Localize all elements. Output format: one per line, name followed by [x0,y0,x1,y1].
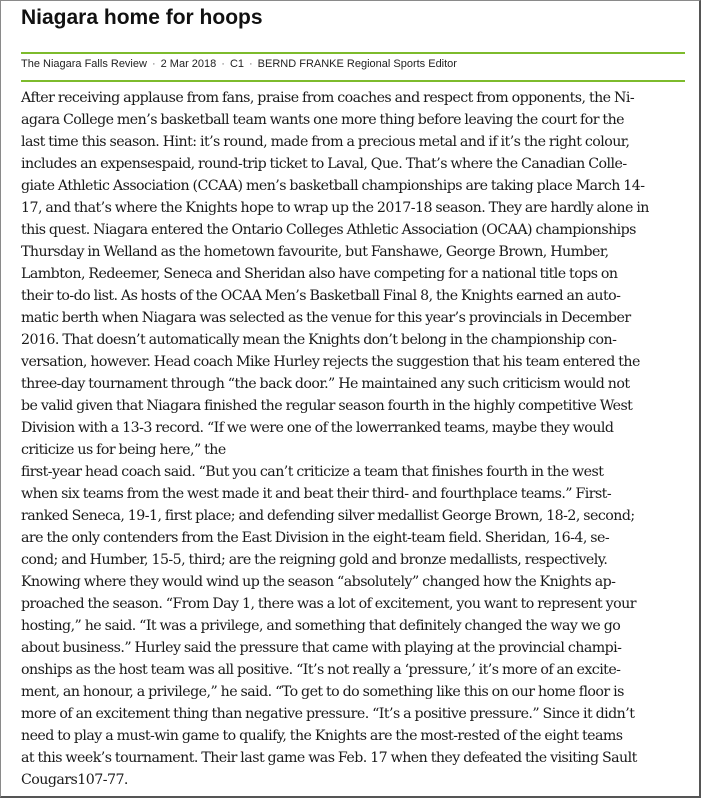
article-headline: Niagara home for hoops [21,6,263,30]
body-line: Lambton, Redeemer, Seneca and Sheridan a… [21,263,691,285]
body-line: their to-do list. As hosts of the OCAA M… [21,285,691,307]
body-line: Knowing where they would wind up the sea… [21,571,691,593]
byline-separator: · [152,58,156,70]
body-line: includes an expensespaid, round-trip tic… [21,153,691,175]
body-line: are the only contenders from the East Di… [21,527,691,549]
body-line: this quest. Niagara entered the Ontario … [21,219,691,241]
headline-divider [21,52,685,54]
body-line: onships as the host team was all positiv… [21,659,691,681]
byline-separator: · [249,58,253,70]
body-line: three-day tournament through “the back d… [21,373,691,395]
body-line: need to play a must-win game to qualify,… [21,725,691,747]
body-line: giate Athletic Association (CCAA) men’s … [21,175,691,197]
body-line: After receiving applause from fans, prai… [21,87,691,109]
body-line: proached the season. “From Day 1, there … [21,593,691,615]
byline-date: 2 Mar 2018 [161,58,217,70]
byline-publication: The Niagara Falls Review [21,58,147,70]
body-line: ment, an honour, a privilege,” he said. … [21,681,691,703]
byline-divider [21,80,685,82]
article-body: After receiving applause from fans, prai… [21,87,691,791]
byline-section: C1 [230,58,244,70]
body-line: Cougars107-77. [21,769,691,791]
body-line: when six teams from the west made it and… [21,483,691,505]
body-line: first-year head coach said. “But you can… [21,461,691,483]
body-line: 2016. That doesn’t automatically mean th… [21,329,691,351]
body-line: about business.” Hurley said the pressur… [21,637,691,659]
body-line: versation, however. Head coach Mike Hurl… [21,351,691,373]
body-line: at this week’s tournament. Their last ga… [21,747,691,769]
article-clipping: Niagara home for hoops The Niagara Falls… [0,0,701,798]
body-line: 17, and that’s where the Knights hope to… [21,197,691,219]
byline-separator: · [221,58,225,70]
body-line: Thursday in Welland as the hometown favo… [21,241,691,263]
body-line: criticize us for being here,” the [21,439,691,461]
byline: The Niagara Falls Review·2 Mar 2018·C1·B… [21,58,457,70]
body-line: more of an excitement thing than negativ… [21,703,691,725]
body-line: last time this season. Hint: it’s round,… [21,131,691,153]
body-line: agara College men’s basketball team want… [21,109,691,131]
byline-author: BERND FRANKE Regional Sports Editor [258,58,457,70]
body-line: Division with a 13-3 record. “If we were… [21,417,691,439]
body-line: ranked Seneca, 19-1, first place; and de… [21,505,691,527]
body-line: be valid given that Niagara finished the… [21,395,691,417]
body-line: cond; and Humber, 15-5, third; are the r… [21,549,691,571]
body-line: matic berth when Niagara was selected as… [21,307,691,329]
body-line: hosting,” he said. “It was a privilege, … [21,615,691,637]
